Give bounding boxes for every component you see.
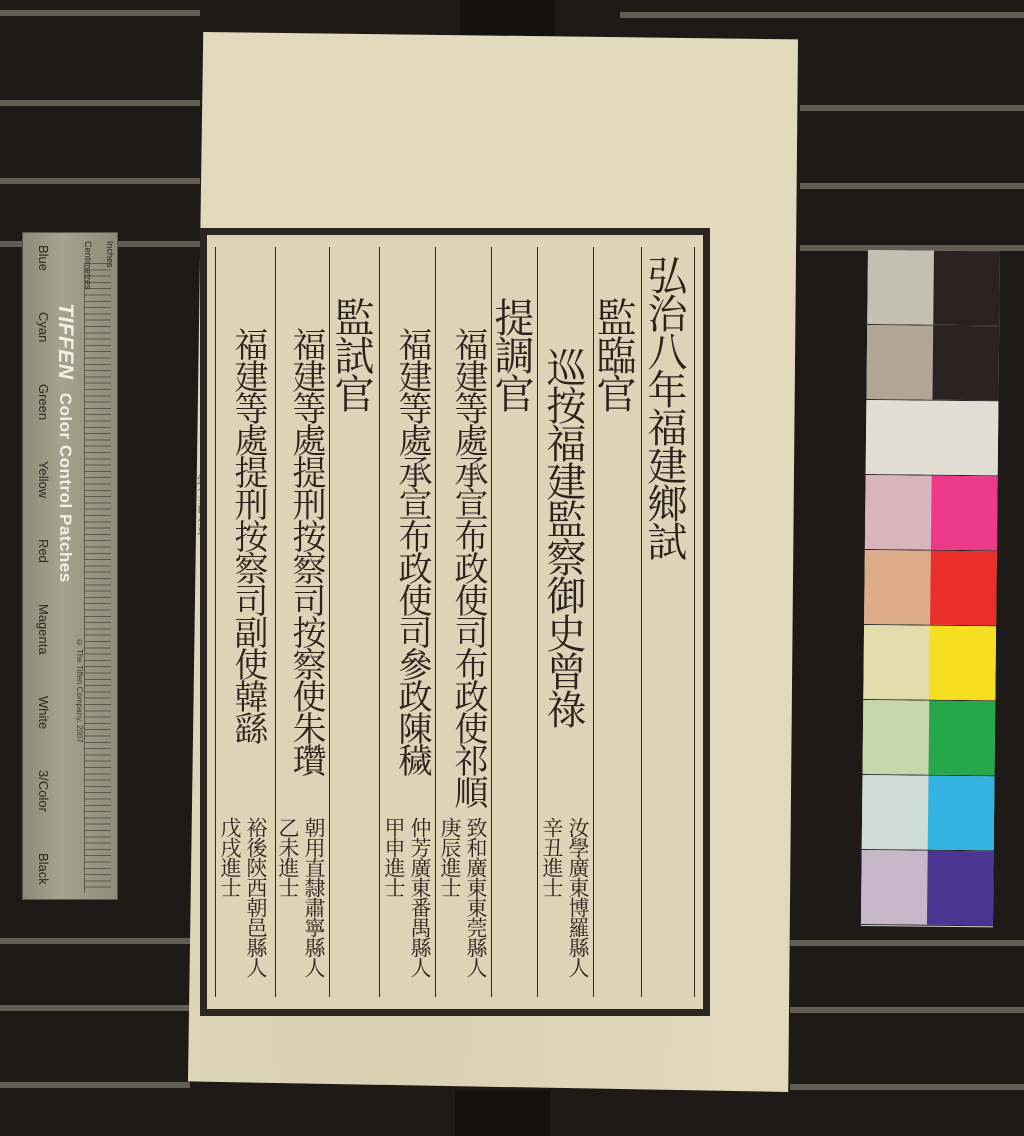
background-guide-line [620, 12, 1024, 18]
ruler-label: Blue [29, 245, 51, 271]
column-role-3: 監試官 [329, 247, 379, 997]
background-guide-line [800, 183, 1024, 189]
color-patch [866, 400, 933, 475]
color-patch-row [867, 250, 1000, 326]
official-note-degree: 甲申進士 [382, 817, 405, 897]
background-guide-line [790, 940, 1024, 946]
print-frame: 弘治八年福建鄉試 監臨官 巡按福建監察御史曾祿 汝學廣東博羅縣人 辛丑進士 提調… [200, 228, 710, 1016]
color-patch-row [866, 400, 999, 476]
official-note-origin: 汝學廣東博羅縣人 [566, 817, 589, 977]
ruler-copyright: © The Tiffen Company, 2007 [75, 638, 84, 743]
official-note-origin: 仲芳廣東番禺縣人 [408, 817, 431, 977]
color-patch-row [861, 850, 994, 926]
color-patch [930, 551, 997, 626]
color-patch [927, 851, 994, 926]
text-columns: 弘治八年福建鄉試 監臨官 巡按福建監察御史曾祿 汝學廣東博羅縣人 辛丑進士 提調… [215, 247, 695, 997]
official-note-degree: 乙未進士 [276, 817, 299, 897]
role-heading: 提調官 [487, 297, 535, 411]
background-guide-line [0, 1082, 190, 1088]
color-patch [928, 776, 995, 851]
ruler-product: Color Control Patches [56, 393, 75, 583]
ruler-label: 3/Color [29, 770, 51, 812]
color-patch-row [866, 325, 999, 401]
official-name: 福建等處提刑按察司按察使朱瓚 [288, 327, 323, 775]
official-note-degree: 庚辰進士 [438, 817, 461, 897]
background-guide-line [0, 938, 190, 944]
color-patch-row [863, 700, 996, 776]
background-guide-line [790, 1084, 1024, 1090]
ruler-label: Black [29, 853, 51, 885]
background-gap [455, 1090, 550, 1136]
color-patch [863, 700, 930, 775]
column-official-5: 福建等處提刑按察司副使韓繇 裕後陝西朝邑縣人 戊戌進士 [215, 247, 275, 997]
official-name: 福建等處承宣布政使司布政使祁順 [450, 327, 485, 807]
ruler-label: Yellow [29, 461, 51, 498]
color-patch [931, 476, 998, 551]
column-official-2: 福建等處承宣布政使司布政使祁順 致和廣東東莞縣人 庚辰進士 [435, 247, 491, 997]
color-patch [929, 626, 996, 701]
background-guide-line [790, 1007, 1024, 1013]
ruler-label: Cyan [29, 312, 51, 342]
background-guide-line [0, 100, 200, 106]
color-calibration-card [861, 250, 1000, 927]
official-note-degree: 戊戌進士 [218, 817, 241, 897]
tiffen-ruler: Blue Cyan Green Yellow Red Magenta White… [22, 232, 118, 900]
column-official-4: 福建等處提刑按察司按察使朱瓚 朝用直隸肅寧縣人 乙未進士 [275, 247, 329, 997]
ruler-brand: TIFFEN Color Control Patches [53, 303, 77, 583]
column-title: 弘治八年福建鄉試 [641, 247, 695, 997]
ruler-color-labels: Blue Cyan Green Yellow Red Magenta White… [29, 245, 51, 885]
page-title: 弘治八年福建鄉試 [640, 255, 688, 559]
color-patch-row [864, 550, 997, 626]
color-patch [867, 250, 934, 325]
role-heading: 監臨官 [589, 297, 637, 411]
column-role-1: 監臨官 [593, 247, 641, 997]
tiffen-logo: TIFFEN [54, 303, 77, 380]
color-patch [865, 475, 932, 550]
background-guide-line [0, 178, 200, 184]
color-patch [862, 775, 929, 850]
ruler-ticks [84, 263, 111, 893]
color-patch [866, 325, 933, 400]
color-patch [932, 401, 999, 476]
official-note-origin: 致和廣東東莞縣人 [464, 817, 487, 977]
ruler-label: Red [29, 539, 51, 563]
official-name: 福建等處提刑按察司副使韓繇 [230, 327, 265, 743]
column-official-1: 巡按福建監察御史曾祿 汝學廣東博羅縣人 辛丑進士 [537, 247, 593, 997]
column-role-2: 提調官 [491, 247, 537, 997]
color-patch [864, 550, 931, 625]
official-name: 福建等處承宣布政使司參政陳穢 [394, 327, 429, 775]
color-patch [932, 326, 999, 401]
column-official-3: 福建等處承宣布政使司參政陳穢 仲芳廣東番禺縣人 甲申進士 [379, 247, 435, 997]
official-note-degree: 辛丑進士 [540, 817, 563, 897]
color-patch-row [863, 625, 996, 701]
ruler-label: Green [29, 384, 51, 420]
background-gap [460, 0, 555, 40]
official-note-origin: 裕後陝西朝邑縣人 [244, 817, 267, 977]
color-patch-row [865, 475, 998, 551]
role-heading: 監試官 [327, 297, 375, 411]
color-patch-row [862, 775, 995, 851]
background-guide-line [0, 10, 200, 16]
color-patch [933, 251, 1000, 326]
ruler-label: Magenta [29, 604, 51, 655]
official-name: 巡按福建監察御史曾祿 [539, 347, 587, 727]
ruler-label: White [29, 696, 51, 729]
background-guide-line [800, 105, 1024, 111]
color-patch [929, 701, 996, 776]
background-guide-line [0, 1005, 190, 1011]
official-note-origin: 朝用直隸肅寧縣人 [302, 817, 325, 977]
color-patch [861, 850, 928, 925]
color-patch [863, 625, 930, 700]
